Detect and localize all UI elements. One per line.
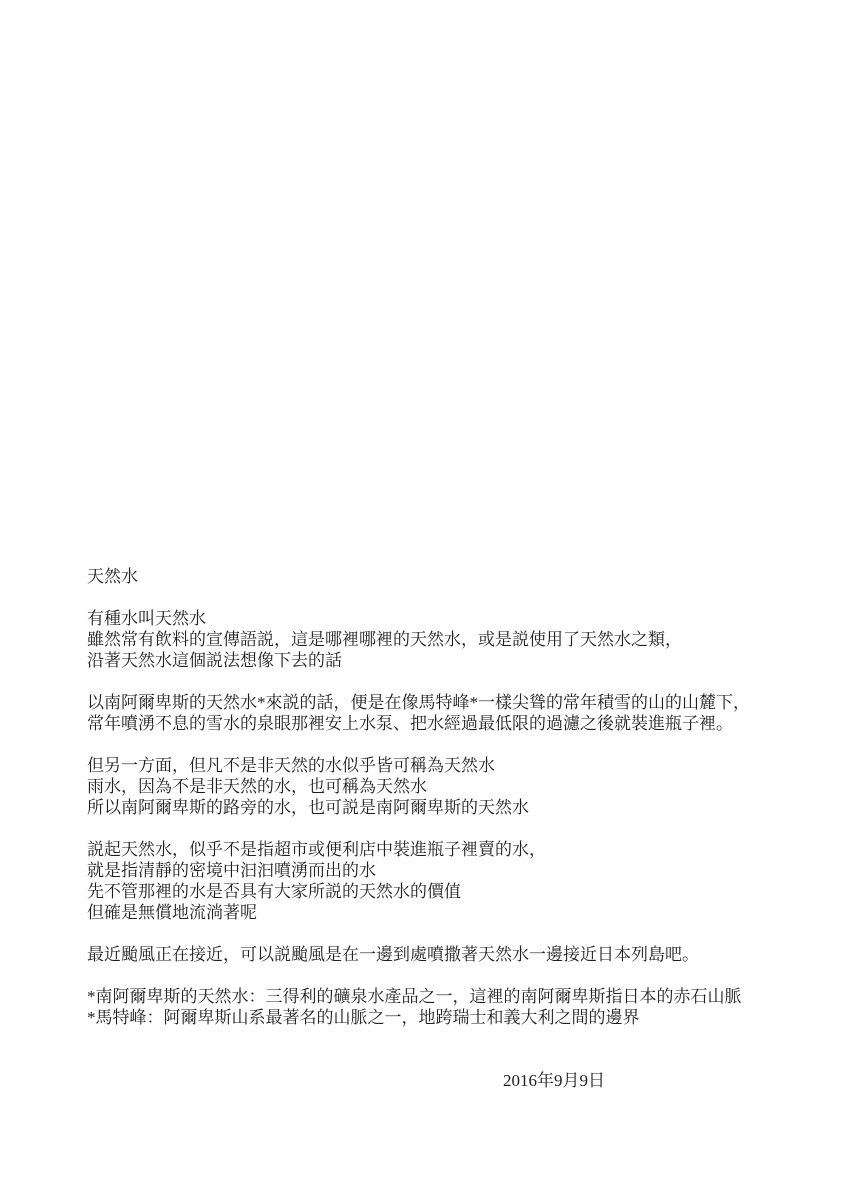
footnote-line: *馬特峰：阿爾卑斯山系最著名的山脈之一，地跨瑞士和義大利之間的邊界 bbox=[87, 1007, 807, 1028]
text-line: 説起天然水，似乎不是指超市或便利店中裝進瓶子裡賣的水， bbox=[87, 839, 807, 860]
footnote-line: *南阿爾卑斯的天然水：三得利的礦泉水產品之一，這裡的南阿爾卑斯指日本的赤石山脈 bbox=[87, 986, 807, 1007]
text-line: 但確是無償地流淌著呢 bbox=[87, 902, 807, 923]
text-line: 所以南阿爾卑斯的路旁的水，也可説是南阿爾卑斯的天然水 bbox=[87, 797, 807, 818]
paragraph: 但另一方面，但凡不是非天然的水似乎皆可稱為天然水雨水，因為不是非天然的水，也可稱… bbox=[87, 755, 807, 818]
text-line: 有種水叫天然水 bbox=[87, 608, 807, 629]
text-line: 先不管那裡的水是否具有大家所説的天然水的價值 bbox=[87, 881, 807, 902]
page-title: 天然水 bbox=[87, 566, 807, 587]
text-line: 沿著天然水這個説法想像下去的話 bbox=[87, 650, 807, 671]
text-block: 天然水 有種水叫天然水雖然常有飲料的宣傳語説，這是哪裡哪裡的天然水，或是説使用了… bbox=[87, 566, 807, 1091]
text-line: 以南阿爾卑斯的天然水*來説的話，便是在像馬特峰*一樣尖聳的常年積雪的山的山麓下， bbox=[87, 692, 807, 713]
poem-body: 有種水叫天然水雖然常有飲料的宣傳語説，這是哪裡哪裡的天然水，或是説使用了天然水之… bbox=[87, 608, 807, 965]
text-line: 雨水，因為不是非天然的水，也可稱為天然水 bbox=[87, 776, 807, 797]
text-line: 但另一方面，但凡不是非天然的水似乎皆可稱為天然水 bbox=[87, 755, 807, 776]
paragraph: 最近颱風正在接近，可以説颱風是在一邊到處噴撒著天然水一邊接近日本列島吧。 bbox=[87, 944, 807, 965]
paragraph: 有種水叫天然水雖然常有飲料的宣傳語説，這是哪裡哪裡的天然水，或是説使用了天然水之… bbox=[87, 608, 807, 671]
footnotes: *南阿爾卑斯的天然水：三得利的礦泉水產品之一，這裡的南阿爾卑斯指日本的赤石山脈*… bbox=[87, 986, 807, 1028]
text-line: 就是指清靜的密境中汩汩噴湧而出的水 bbox=[87, 860, 807, 881]
text-line: 常年噴湧不息的雪水的泉眼那裡安上水泵、把水經過最低限的過濾之後就裝進瓶子裡。 bbox=[87, 713, 807, 734]
text-line: 最近颱風正在接近，可以説颱風是在一邊到處噴撒著天然水一邊接近日本列島吧。 bbox=[87, 944, 807, 965]
text-line: 雖然常有飲料的宣傳語説，這是哪裡哪裡的天然水，或是説使用了天然水之類， bbox=[87, 629, 807, 650]
document-page: 天然水 有種水叫天然水雖然常有飲料的宣傳語説，這是哪裡哪裡的天然水，或是説使用了… bbox=[0, 0, 844, 1200]
paragraph: 説起天然水，似乎不是指超市或便利店中裝進瓶子裡賣的水，就是指清靜的密境中汩汩噴湧… bbox=[87, 839, 807, 923]
paragraph: 以南阿爾卑斯的天然水*來説的話，便是在像馬特峰*一樣尖聳的常年積雪的山的山麓下，… bbox=[87, 692, 807, 734]
date-stamp: 2016年9月9日 bbox=[503, 1070, 807, 1091]
